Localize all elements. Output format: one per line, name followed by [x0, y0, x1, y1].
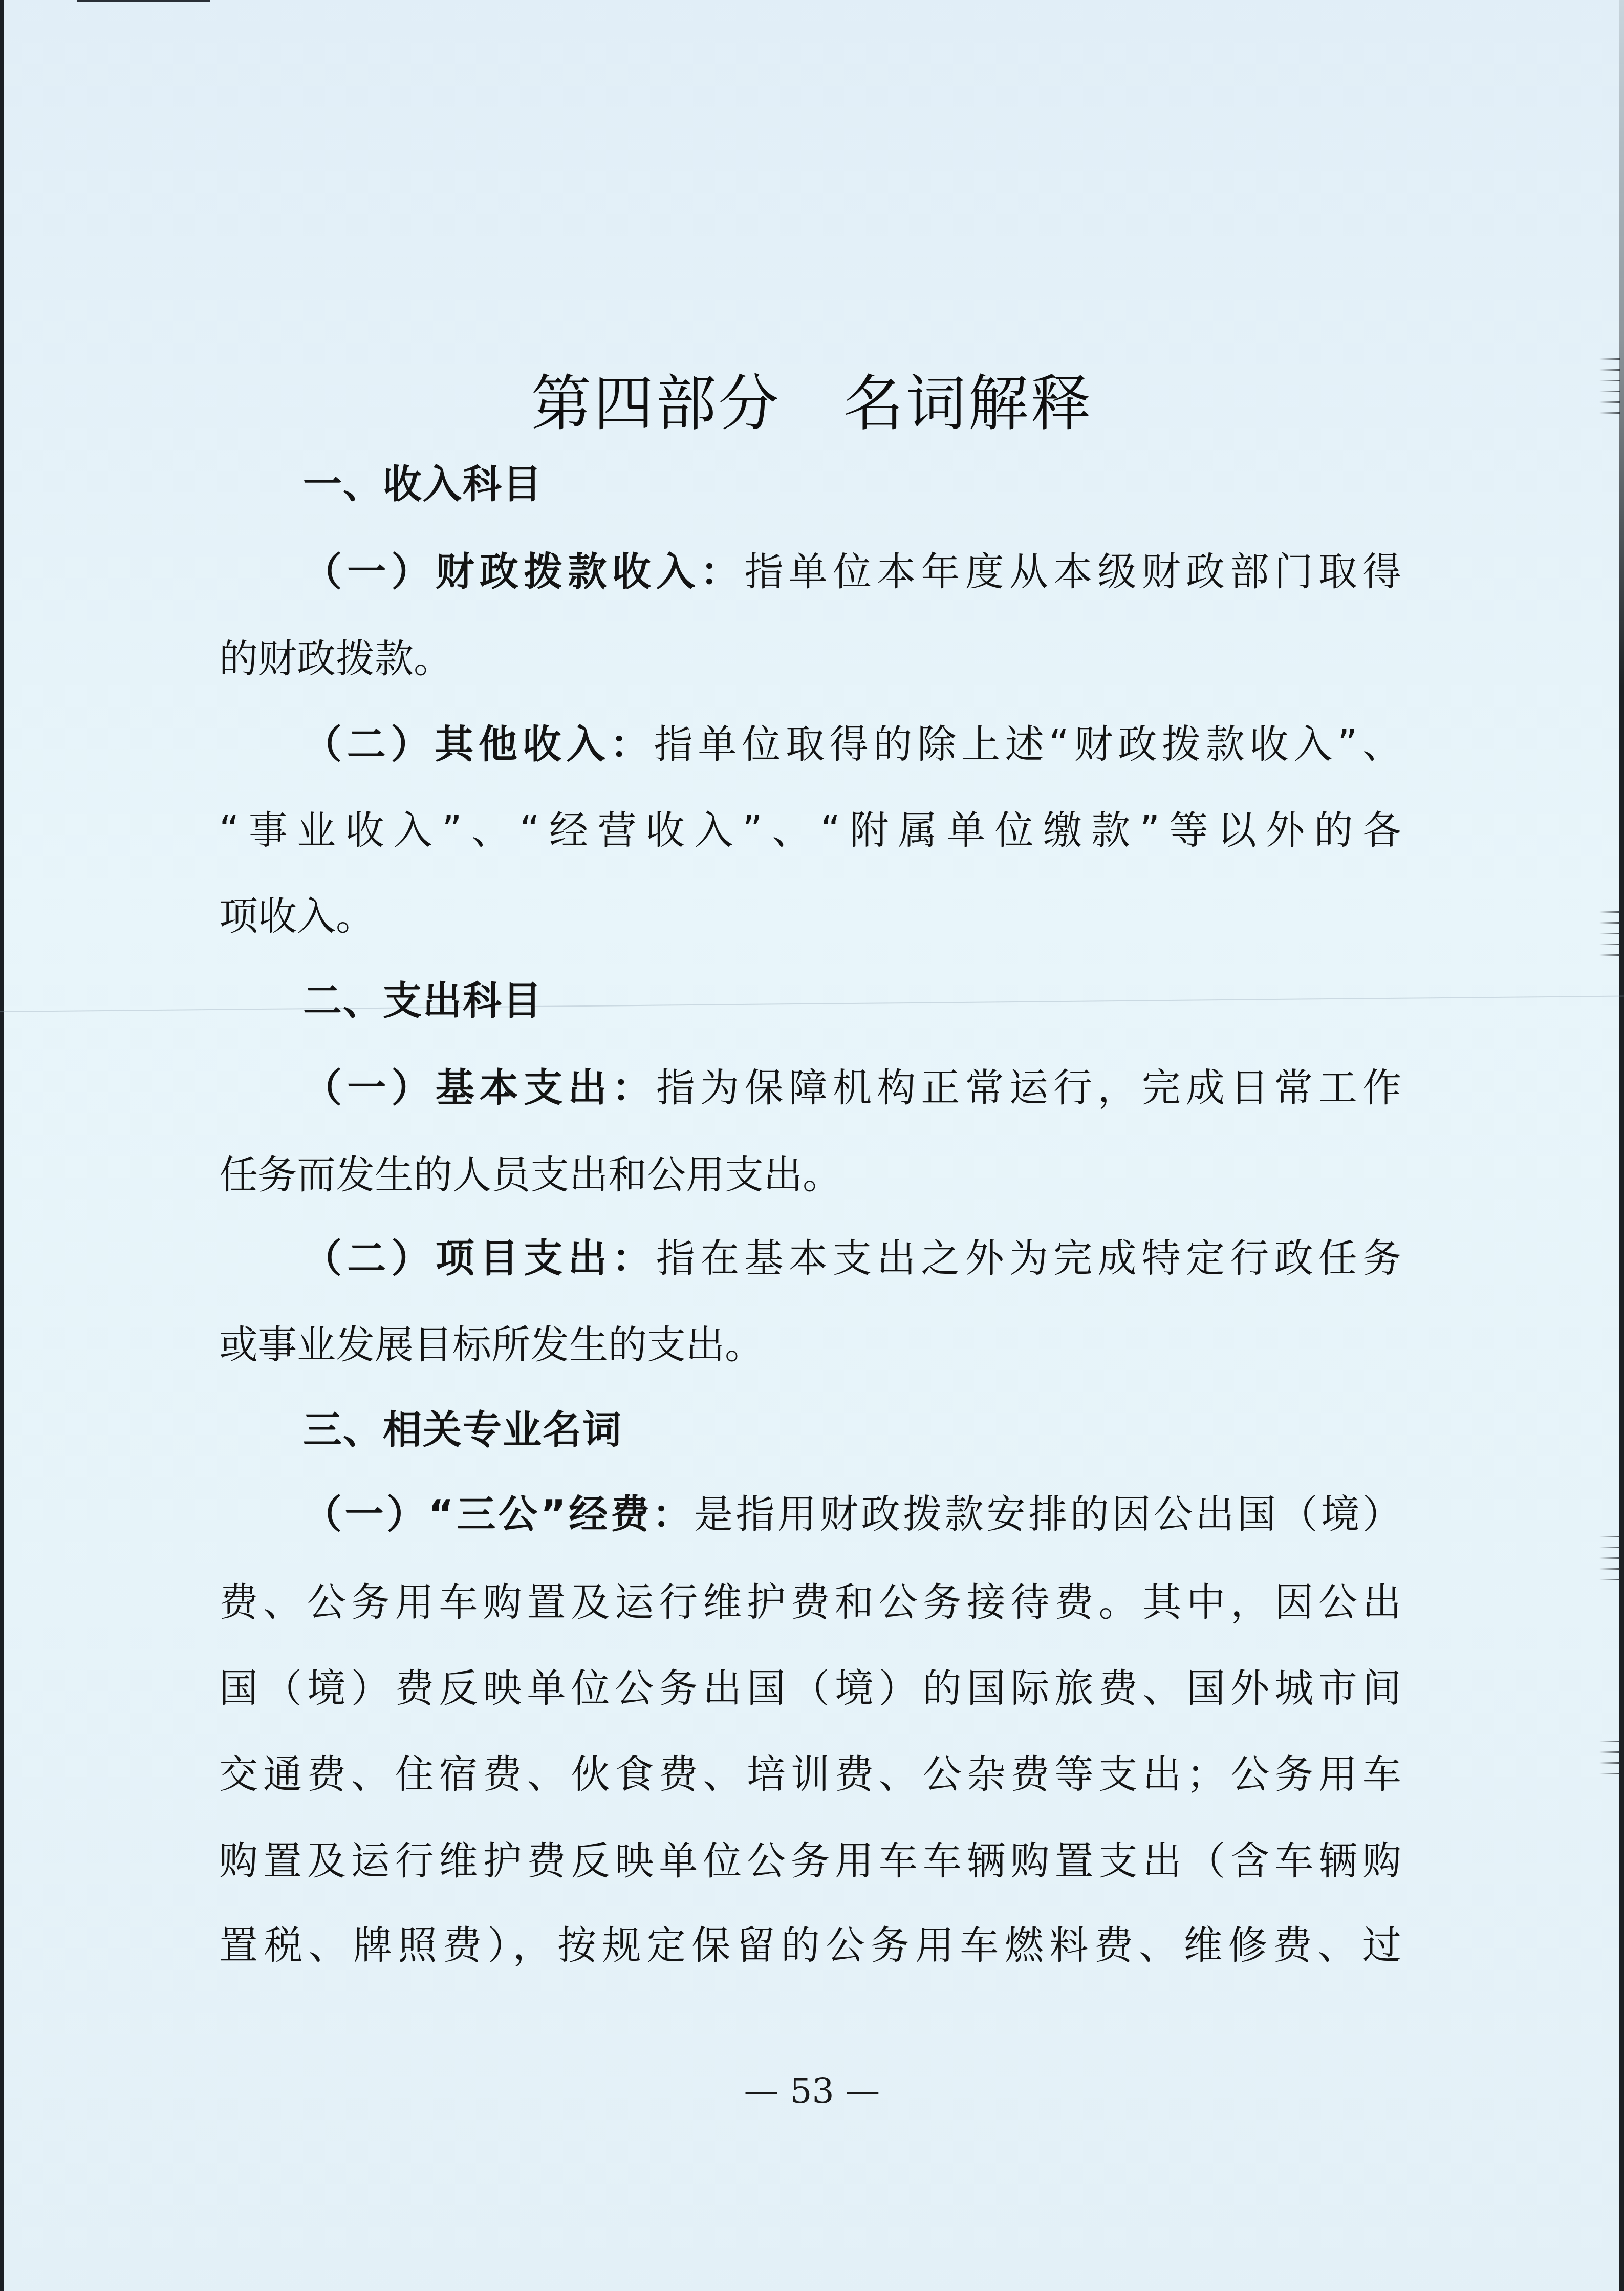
- binding-marks-2: [1599, 911, 1620, 965]
- binding-marks-3: [1599, 1536, 1620, 1590]
- term-other-income-line-3: 项收入。: [219, 891, 1401, 942]
- section-heading-expenditure: 二、支出科目: [303, 975, 1485, 1026]
- term-other-income-line-1: （二）其他收入：指单位取得的除上述“财政拨款收入”、: [303, 719, 1401, 770]
- term-label: （一）“三公”经费：: [303, 1491, 694, 1537]
- term-label: （一）财政拨款收入：: [303, 549, 745, 594]
- term-basic-expenditure-line-1: （一）基本支出：指为保障机构正常运行，完成日常工作: [303, 1062, 1401, 1114]
- term-definition: 指为保障机构正常运行，完成日常工作: [656, 1065, 1401, 1110]
- term-three-public-expenses-line-4: 交通费、住宿费、伙食费、培训费、公杂费等支出；公务用车: [219, 1749, 1401, 1800]
- section-heading-income: 一、收入科目: [303, 459, 1485, 510]
- term-three-public-expenses-line-1: （一）“三公”经费：是指用财政拨款安排的因公出国（境）: [303, 1489, 1401, 1540]
- page-number: — 53 —: [0, 2068, 1624, 2114]
- page-title: 第四部分 名词解释: [0, 368, 1624, 439]
- scan-edge-top: [77, 0, 210, 2]
- term-fiscal-appropriation-line-1: （一）财政拨款收入：指单位本年度从本级财政部门取得: [303, 546, 1401, 597]
- term-three-public-expenses-line-3: 国（境）费反映单位公务出国（境）的国际旅费、国外城市间: [219, 1663, 1401, 1714]
- term-basic-expenditure-line-2: 任务而发生的人员支出和公用支出。: [219, 1149, 1401, 1201]
- binding-marks-4: [1599, 1741, 1620, 1784]
- term-project-expenditure-line-2: 或事业发展目标所发生的支出。: [219, 1319, 1401, 1371]
- section-heading-related-terms: 三、相关专业名词: [303, 1404, 1485, 1455]
- term-three-public-expenses-line-2: 费、公务用车购置及运行维护费和公务接待费。其中，因公出: [219, 1577, 1401, 1628]
- term-definition: 指单位取得的除上述“财政拨款收入”、: [654, 721, 1401, 767]
- term-definition: 指在基本支出之外为完成特定行政任务: [656, 1235, 1401, 1281]
- term-label: （二）其他收入：: [303, 721, 654, 767]
- document-page: 第四部分 名词解释 一、收入科目 （一）财政拨款收入：指单位本年度从本级财政部门…: [0, 0, 1624, 2291]
- scan-edge-right: [1619, 0, 1624, 2291]
- term-label: （二）项目支出：: [303, 1235, 656, 1281]
- term-other-income-line-2: “事业收入”、“经营收入”、“附属单位缴款”等以外的各: [219, 805, 1401, 856]
- term-project-expenditure-line-1: （二）项目支出：指在基本支出之外为完成特定行政任务: [303, 1233, 1401, 1284]
- term-three-public-expenses-line-6: 置税、牌照费），按规定保留的公务用车燃料费、维修费、过: [219, 1920, 1401, 1971]
- term-definition: 是指用财政拨款安排的因公出国（境）: [694, 1491, 1401, 1537]
- term-three-public-expenses-line-5: 购置及运行维护费反映单位公务用车车辆购置支出（含车辆购: [219, 1835, 1401, 1887]
- term-definition: 指单位本年度从本级财政部门取得: [745, 549, 1402, 594]
- scan-edge-left: [0, 0, 4, 2291]
- term-label: （一）基本支出：: [303, 1065, 656, 1110]
- term-fiscal-appropriation-line-2: 的财政拨款。: [219, 633, 1401, 684]
